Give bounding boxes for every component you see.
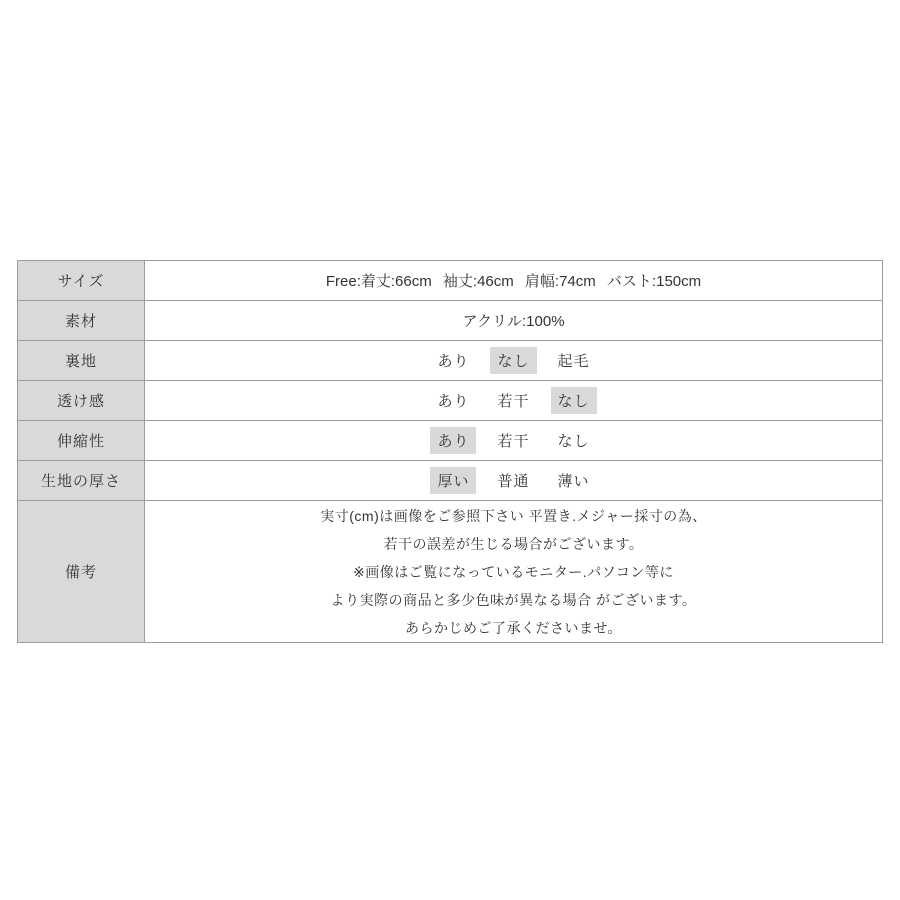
thickness-options-group: 厚い 普通 薄い xyxy=(145,467,882,494)
notes-line: 実寸(cm)は画像をご参照下さい 平置き.メジャー採寸の為、 xyxy=(145,502,882,530)
row-value-lining: あり なし 起毛 xyxy=(145,341,883,381)
table-row-material: 素材 アクリル:100% xyxy=(18,301,883,341)
row-value-size: Free:着丈:66cm 袖丈:46cm 肩幅:74cm バスト:150cm xyxy=(145,261,883,301)
option-stretch-jakkan: 若干 xyxy=(490,427,536,454)
row-header-stretch: 伸縮性 xyxy=(18,421,145,461)
option-stretch-nashi: なし xyxy=(551,427,597,454)
notes-line: あらかじめご了承くださいませ。 xyxy=(145,614,882,642)
option-lining-kimo: 起毛 xyxy=(551,347,597,374)
row-value-sheerness: あり 若干 なし xyxy=(145,381,883,421)
row-value-material: アクリル:100% xyxy=(145,301,883,341)
row-value-thickness: 厚い 普通 薄い xyxy=(145,461,883,501)
notes-line: 若干の誤差が生じる場合がございます。 xyxy=(145,530,882,558)
option-sheerness-nashi: なし xyxy=(551,387,597,414)
row-header-size: サイズ xyxy=(18,261,145,301)
lining-options-group: あり なし 起毛 xyxy=(145,347,882,374)
option-thickness-atsui: 厚い xyxy=(430,467,476,494)
option-sheerness-jakkan: 若干 xyxy=(490,387,536,414)
table-row-notes: 備考 実寸(cm)は画像をご参照下さい 平置き.メジャー採寸の為、 若干の誤差が… xyxy=(18,501,883,643)
option-lining-nashi: なし xyxy=(490,347,536,374)
option-stretch-ari: あり xyxy=(430,427,476,454)
row-header-lining: 裏地 xyxy=(18,341,145,381)
table-row-lining: 裏地 あり なし 起毛 xyxy=(18,341,883,381)
option-thickness-futsuu: 普通 xyxy=(490,467,536,494)
row-header-thickness: 生地の厚さ xyxy=(18,461,145,501)
sheerness-options-group: あり 若干 なし xyxy=(145,387,882,414)
table-row-size: サイズ Free:着丈:66cm 袖丈:46cm 肩幅:74cm バスト:150… xyxy=(18,261,883,301)
size-value-text: Free:着丈:66cm 袖丈:46cm 肩幅:74cm バスト:150cm xyxy=(326,273,701,290)
option-sheerness-ari: あり xyxy=(430,387,476,414)
table-row-stretch: 伸縮性 あり 若干 なし xyxy=(18,421,883,461)
product-spec-table: サイズ Free:着丈:66cm 袖丈:46cm 肩幅:74cm バスト:150… xyxy=(17,260,883,643)
table-row-thickness: 生地の厚さ 厚い 普通 薄い xyxy=(18,461,883,501)
row-header-sheerness: 透け感 xyxy=(18,381,145,421)
table-row-sheerness: 透け感 あり 若干 なし xyxy=(18,381,883,421)
row-header-notes: 備考 xyxy=(18,501,145,643)
notes-line: より実際の商品と多少色味が異なる場合 がございます。 xyxy=(145,586,882,614)
notes-line: ※画像はご覧になっているモニター.パソコン等に xyxy=(145,558,882,586)
material-value-text: アクリル:100% xyxy=(462,313,564,330)
row-value-stretch: あり 若干 なし xyxy=(145,421,883,461)
notes-text-block: 実寸(cm)は画像をご参照下さい 平置き.メジャー採寸の為、 若干の誤差が生じる… xyxy=(145,502,882,642)
stretch-options-group: あり 若干 なし xyxy=(145,427,882,454)
row-value-notes: 実寸(cm)は画像をご参照下さい 平置き.メジャー採寸の為、 若干の誤差が生じる… xyxy=(145,501,883,643)
option-thickness-usui: 薄い xyxy=(551,467,597,494)
option-lining-ari: あり xyxy=(430,347,476,374)
row-header-material: 素材 xyxy=(18,301,145,341)
